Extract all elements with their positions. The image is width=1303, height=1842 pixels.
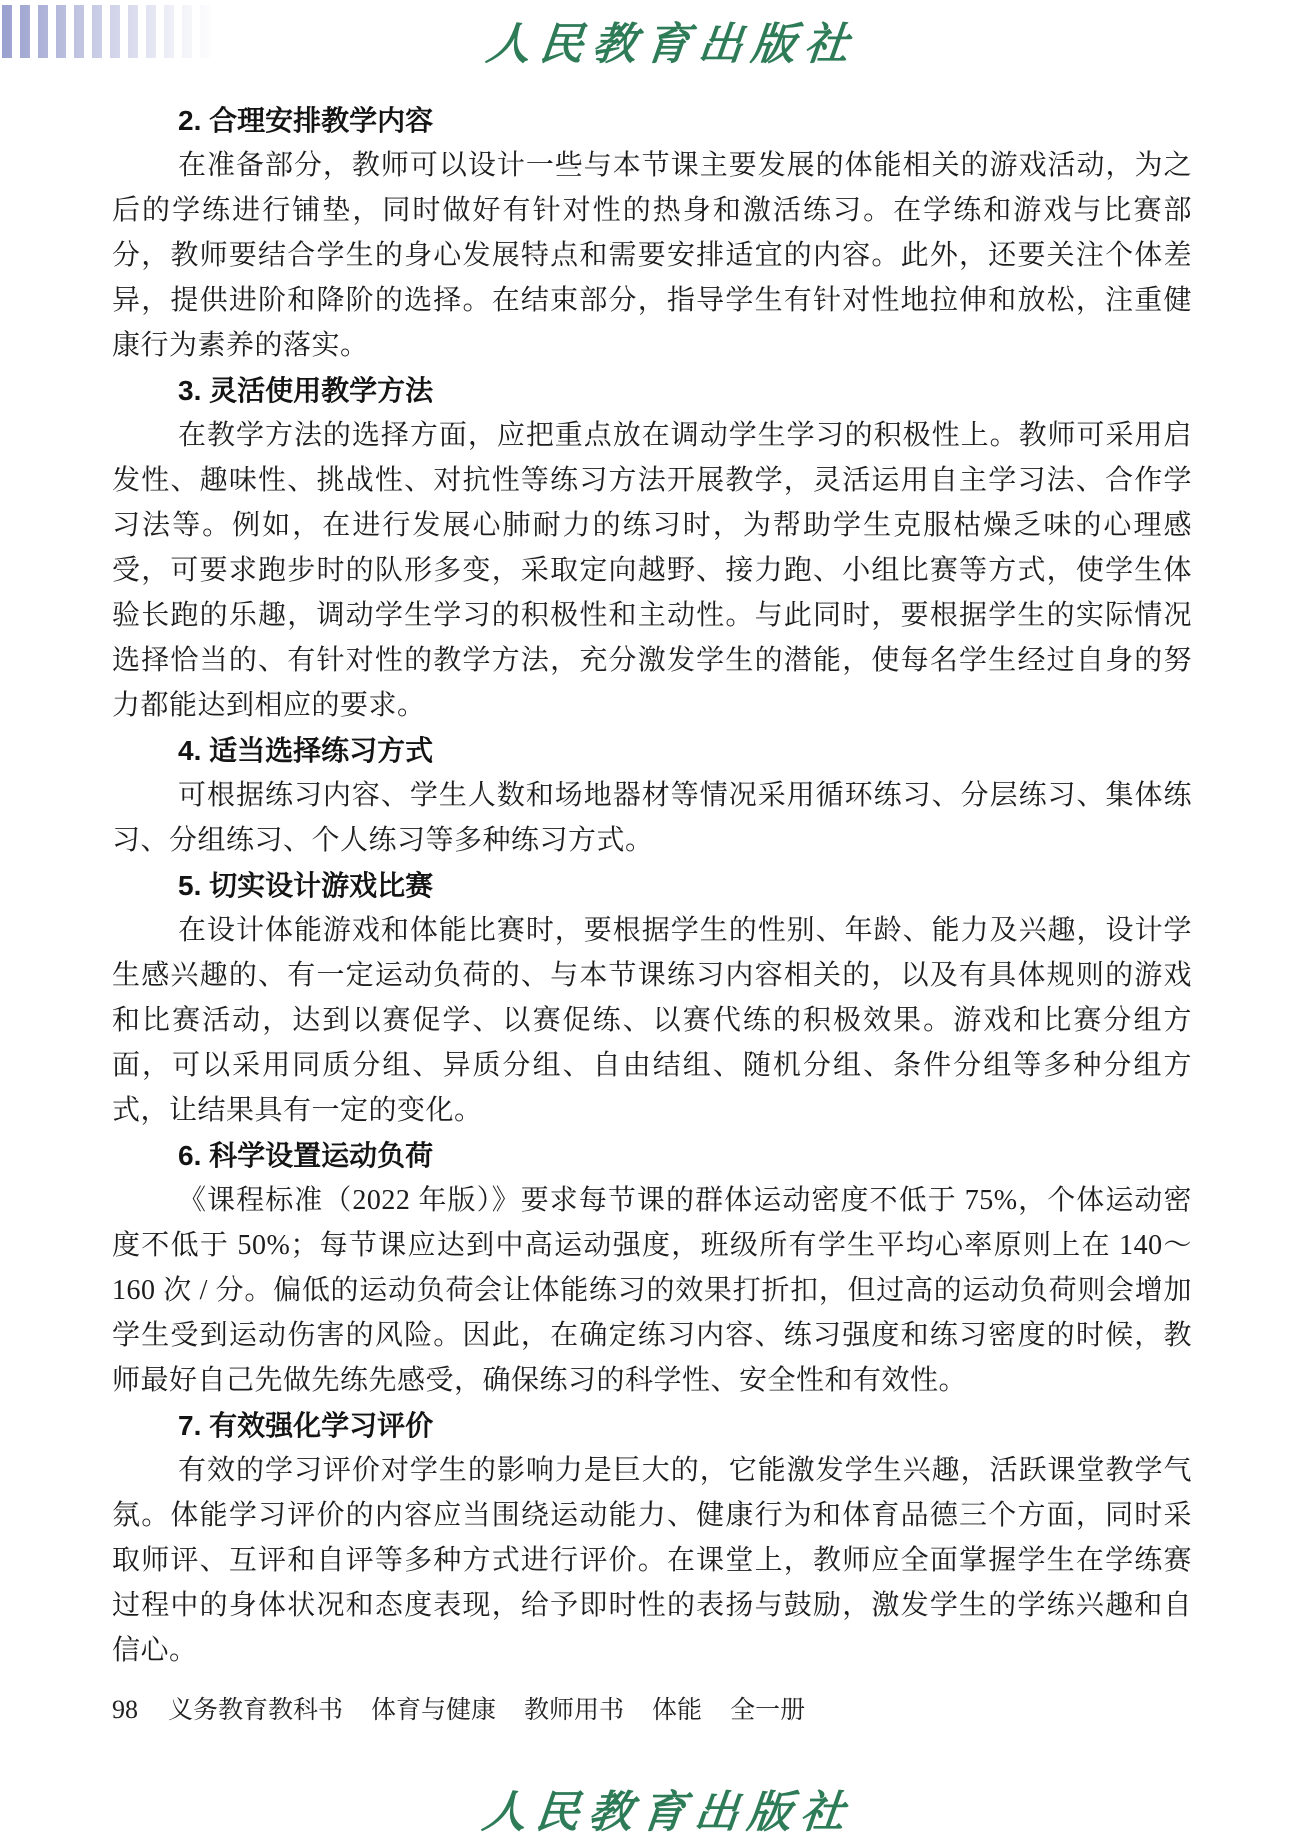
publisher-logo-bottom: 人民教育出版社 <box>480 1776 858 1840</box>
section-heading: 7. 有效强化学习评价 <box>112 1403 1192 1448</box>
footer-series: 义务教育教科书 <box>168 1690 343 1726</box>
section-paragraph: 《课程标准（2022 年版）》要求每节课的群体运动密度不低于 75%，个体运动密… <box>112 1178 1192 1403</box>
section-heading: 6. 科学设置运动负荷 <box>112 1133 1192 1178</box>
section-paragraph: 在教学方法的选择方面，应把重点放在调动学生学习的积极性上。教师可采用启发性、趣味… <box>112 413 1192 728</box>
publisher-logo-top: 人民教育出版社 <box>484 8 862 72</box>
section-paragraph: 有效的学习评价对学生的影响力是巨大的，它能激发学生兴趣，活跃课堂教学气氛。体能学… <box>112 1448 1192 1673</box>
section-7: 7. 有效强化学习评价 有效的学习评价对学生的影响力是巨大的，它能激发学生兴趣，… <box>112 1403 1192 1673</box>
section-heading: 2. 合理安排教学内容 <box>112 98 1192 143</box>
section-5: 5. 切实设计游戏比赛 在设计体能游戏和体能比赛时，要根据学生的性别、年龄、能力… <box>112 863 1192 1133</box>
section-paragraph: 可根据练习内容、学生人数和场地器材等情况采用循环练习、分层练习、集体练习、分组练… <box>112 773 1192 863</box>
page-number: 98 <box>112 1695 138 1725</box>
section-heading: 5. 切实设计游戏比赛 <box>112 863 1192 908</box>
section-3: 3. 灵活使用教学方法 在教学方法的选择方面，应把重点放在调动学生学习的积极性上… <box>112 368 1192 728</box>
section-heading: 3. 灵活使用教学方法 <box>112 368 1192 413</box>
footer-subject: 体育与健康 <box>371 1690 496 1726</box>
corner-stripes-decoration <box>2 5 218 58</box>
page-footer: 98 义务教育教科书 体育与健康 教师用书 体能 全一册 <box>112 1690 805 1726</box>
section-6: 6. 科学设置运动负荷 《课程标准（2022 年版）》要求每节课的群体运动密度不… <box>112 1133 1192 1403</box>
section-2: 2. 合理安排教学内容 在准备部分，教师可以设计一些与本节课主要发展的体能相关的… <box>112 98 1192 368</box>
textbook-page: 人民教育出版社 2. 合理安排教学内容 在准备部分，教师可以设计一些与本节课主要… <box>0 0 1303 1842</box>
footer-module: 体能 <box>652 1690 702 1726</box>
page-body: 2. 合理安排教学内容 在准备部分，教师可以设计一些与本节课主要发展的体能相关的… <box>112 98 1192 1673</box>
section-paragraph: 在准备部分，教师可以设计一些与本节课主要发展的体能相关的游戏活动，为之后的学练进… <box>112 143 1192 368</box>
footer-volume: 全一册 <box>730 1690 805 1726</box>
section-paragraph: 在设计体能游戏和体能比赛时，要根据学生的性别、年龄、能力及兴趣，设计学生感兴趣的… <box>112 908 1192 1133</box>
section-4: 4. 适当选择练习方式 可根据练习内容、学生人数和场地器材等情况采用循环练习、分… <box>112 728 1192 863</box>
footer-book-type: 教师用书 <box>524 1690 624 1726</box>
section-heading: 4. 适当选择练习方式 <box>112 728 1192 773</box>
